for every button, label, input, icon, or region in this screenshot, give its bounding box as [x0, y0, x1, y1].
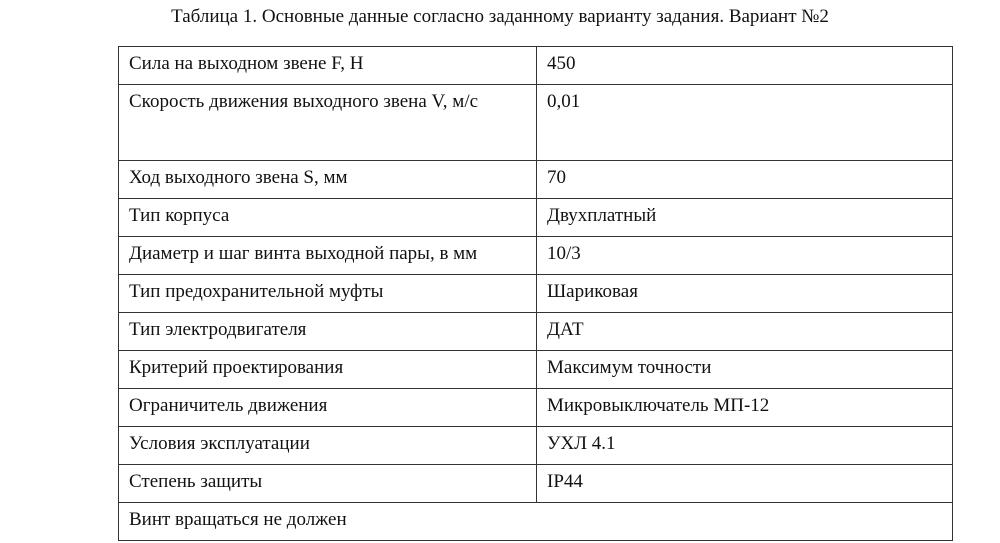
param-cell: Тип корпуса: [119, 199, 537, 237]
table-row: Тип электродвигателя ДАТ: [119, 313, 953, 351]
table-footer-row: Винт вращаться не должен: [119, 503, 953, 541]
param-cell: Условия эксплуатации: [119, 427, 537, 465]
value-cell: IP44: [537, 465, 953, 503]
table-row: Тип предохранительной муфты Шариковая: [119, 275, 953, 313]
value-cell: Микровыключатель МП-12: [537, 389, 953, 427]
table-row: Ход выходного звена S, мм 70: [119, 161, 953, 199]
param-cell: Скорость движения выходного звена V, м/с: [119, 85, 537, 161]
table-row: Сила на выходном звене F, Н 450: [119, 47, 953, 85]
param-cell: Степень защиты: [119, 465, 537, 503]
value-cell: 0,01: [537, 85, 953, 161]
value-cell: Двухплатный: [537, 199, 953, 237]
param-cell: Ограничитель движения: [119, 389, 537, 427]
param-cell: Диаметр и шаг винта выходной пары, в мм: [119, 237, 537, 275]
param-cell: Тип предохранительной муфты: [119, 275, 537, 313]
table-row: Условия эксплуатации УХЛ 4.1: [119, 427, 953, 465]
table-row: Тип корпуса Двухплатный: [119, 199, 953, 237]
table-row: Диаметр и шаг винта выходной пары, в мм …: [119, 237, 953, 275]
value-cell: Шариковая: [537, 275, 953, 313]
value-cell: 10/3: [537, 237, 953, 275]
value-cell: 450: [537, 47, 953, 85]
value-cell: 70: [537, 161, 953, 199]
param-cell: Критерий проектирования: [119, 351, 537, 389]
param-cell: Ход выходного звена S, мм: [119, 161, 537, 199]
table-row: Скорость движения выходного звена V, м/с…: [119, 85, 953, 161]
value-cell: УХЛ 4.1: [537, 427, 953, 465]
value-cell: Максимум точности: [537, 351, 953, 389]
param-cell: Сила на выходном звене F, Н: [119, 47, 537, 85]
table-caption: Таблица 1. Основные данные согласно зада…: [0, 5, 1000, 29]
table-row: Степень защиты IP44: [119, 465, 953, 503]
table-row: Ограничитель движения Микровыключатель М…: [119, 389, 953, 427]
value-cell: ДАТ: [537, 313, 953, 351]
table-row: Критерий проектирования Максимум точност…: [119, 351, 953, 389]
param-cell: Тип электродвигателя: [119, 313, 537, 351]
spec-table: Сила на выходном звене F, Н 450 Скорость…: [118, 46, 953, 541]
footer-note-cell: Винт вращаться не должен: [119, 503, 953, 541]
